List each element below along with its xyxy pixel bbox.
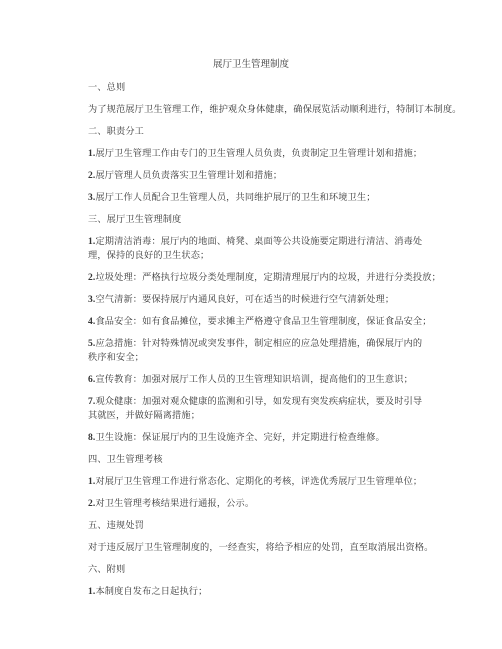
item-text: 本制度自发布之日起执行；: [95, 586, 207, 597]
paragraph: 对于违反展厅卫生管理制度的，一经查实，将给予相应的处罚，直至取消展出资格。: [88, 541, 418, 555]
item-text: 对卫生管理考核结果进行通报，公示。: [95, 498, 254, 509]
item-text: 食品安全：如有食品摊位，要求摊主严格遵守食品卫生管理制度，保证食品安全；: [95, 316, 431, 327]
item-text: 对展厅卫生管理工作进行常态化、定期化的考核，评选优秀展厅卫生管理单位；: [95, 476, 422, 487]
list-item: 7.观众健康：加强对观众健康的监测和引导，如发现有突发疾病症状，要及时引导其就医…: [88, 395, 424, 423]
item-text: 展厅工作人员配合卫生管理人员，共同维护展厅的卫生和环境卫生；: [95, 192, 375, 203]
list-item: 6.宣传教育：加强对展厅工作人员的卫生管理知识培训，提高他们的卫生意识；: [88, 373, 418, 387]
list-item: 1.对展厅卫生管理工作进行常态化、定期化的考核，评选优秀展厅卫生管理单位；: [88, 475, 418, 489]
document-page: 展厅卫生管理制度 一、总则 为了规范展厅卫生管理工作，维护观众身体健康，确保展览…: [0, 0, 502, 649]
section-heading: 六、附则: [88, 563, 418, 577]
list-item: 4.食品安全：如有食品摊位，要求摊主严格遵守食品卫生管理制度，保证食品安全；: [88, 315, 418, 329]
item-text: 展厅卫生管理工作由专门的卫生管理人员负责，负责制定卫生管理计划和措施；: [95, 148, 422, 159]
paragraph: 为了规范展厅卫生管理工作，维护观众身体健康，确保展览活动顺利进行，特制订本制度。: [88, 103, 418, 117]
list-item: 3.空气清新：要保持展厅内通风良好，可在适当的时候进行空气清新处理；: [88, 293, 418, 307]
item-text: 宣传教育：加强对展厅工作人员的卫生管理知识培训，提高他们的卫生意识；: [95, 374, 412, 385]
list-item: 5.应急措施：针对特殊情况或突发事件，制定相应的应急处理措施，确保展厅内的秩序和…: [88, 337, 424, 365]
item-text: 展厅管理人员负责落实卫生管理计划和措施；: [95, 170, 282, 181]
item-text: 空气清新：要保持展厅内通风良好，可在适当的时候进行空气清新处理；: [95, 294, 394, 305]
section-heading: 三、展厅卫生管理制度: [88, 213, 418, 227]
list-item: 8.卫生设施：保证展厅内的卫生设施齐全、完好，并定期进行检查维修。: [88, 431, 418, 445]
item-text: 应急措施：针对特殊情况或突发事件，制定相应的应急处理措施，确保展厅内的秩序和安全…: [88, 338, 422, 363]
item-text: 垃圾处理：严格执行垃圾分类处理制度，定期清理展厅内的垃圾，并进行分类投放；: [95, 272, 441, 283]
section-heading: 二、职责分工: [88, 125, 418, 139]
section-heading: 一、总则: [88, 81, 418, 95]
list-item: 1.展厅卫生管理工作由专门的卫生管理人员负责，负责制定卫生管理计划和措施；: [88, 147, 418, 161]
list-item: 1.本制度自发布之日起执行；: [88, 585, 418, 599]
section-heading: 五、违规处罚: [88, 519, 418, 533]
list-item: 2.垃圾处理：严格执行垃圾分类处理制度，定期清理展厅内的垃圾，并进行分类投放；: [88, 271, 418, 285]
item-text: 卫生设施：保证展厅内的卫生设施齐全、完好，并定期进行检查维修。: [95, 432, 384, 443]
section-heading: 四、卫生管理考核: [88, 453, 418, 467]
item-text: 观众健康：加强对观众健康的监测和引导，如发现有突发疾病症状，要及时引导其就医，并…: [88, 396, 422, 421]
list-item: 2.对卫生管理考核结果进行通报，公示。: [88, 497, 418, 511]
list-item: 1.定期清洁消毒：展厅内的地面、椅凳、桌面等公共设施要定期进行清洁、消毒处理，保…: [88, 235, 424, 263]
list-item: 3.展厅工作人员配合卫生管理人员，共同维护展厅的卫生和环境卫生；: [88, 191, 418, 205]
document-title: 展厅卫生管理制度: [0, 56, 502, 70]
list-item: 2.展厅管理人员负责落实卫生管理计划和措施；: [88, 169, 418, 183]
item-text: 定期清洁消毒：展厅内的地面、椅凳、桌面等公共设施要定期进行清洁、消毒处理，保持的…: [88, 236, 422, 261]
